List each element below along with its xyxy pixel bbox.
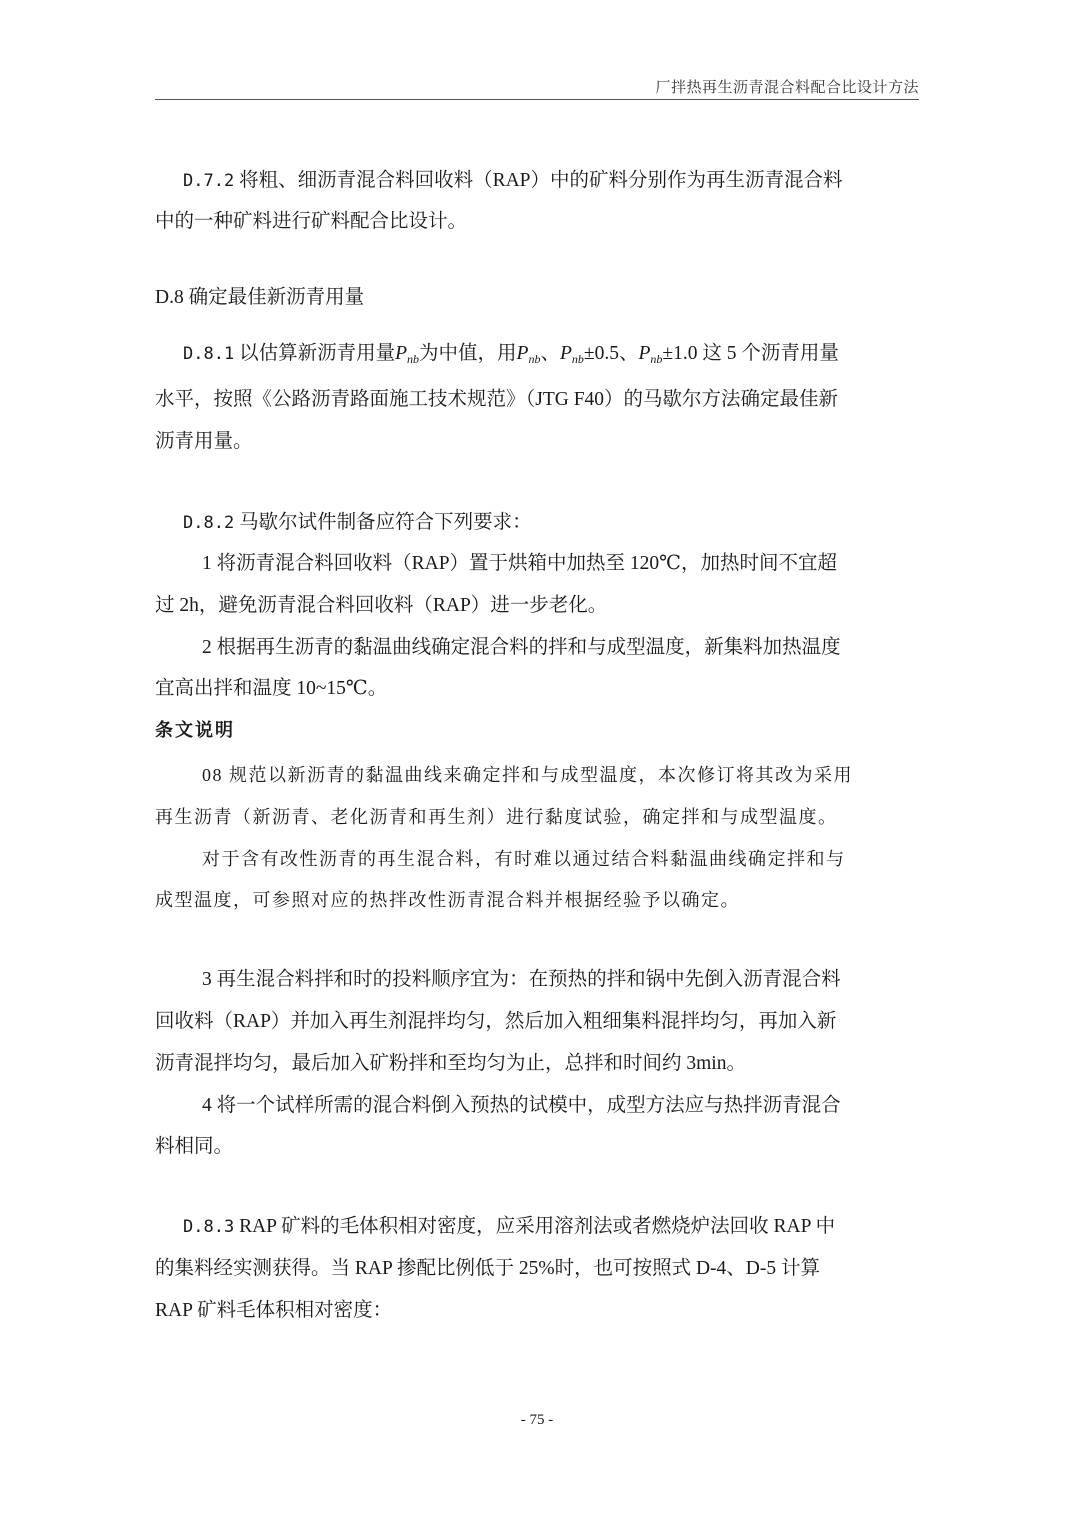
note-p2-line1: 对于含有改性沥青的再生混合料，有时难以通过结合料黏温曲线确定拌和与	[155, 847, 967, 871]
paragraph-text: ±1.0 这 5 个沥青用量	[662, 343, 838, 364]
note-p1-line1: 08 规范以新沥青的黏温曲线来确定拌和与成型温度，本次修订将其改为采用	[155, 763, 967, 787]
paragraph-text: RAP 矿料的毛体积相对密度，应采用溶剂法或者燃烧炉法回收 RAP 中	[239, 1216, 835, 1237]
page-number: - 75 -	[0, 1412, 1074, 1429]
d82-item3-line2: 回收料（RAP）并加入再生剂混拌均匀，然后加入粗细集料混拌均匀，再加入新	[155, 1010, 920, 1034]
d81-line3: 沥青用量。	[155, 430, 920, 454]
paragraph-text: ±0.5、	[584, 343, 639, 364]
clause-number: D.8.1	[183, 344, 234, 364]
section-heading-d8: D.8 确定最佳新沥青用量	[155, 286, 920, 310]
clause-number: D.8.3	[183, 1217, 234, 1237]
paragraph-text: 马歇尔试件制备应符合下列要求：	[239, 512, 532, 533]
variable-p: P	[560, 343, 572, 364]
variable-p: P	[638, 343, 650, 364]
d72-line2: 中的一种矿料进行矿料配合比设计。	[155, 210, 920, 234]
header-divider	[155, 99, 919, 100]
d82-item4-line2: 料相同。	[155, 1135, 920, 1159]
running-header-title: 厂拌热再生沥青混合料配合比设计方法	[655, 76, 919, 97]
paragraph-text: 将粗、细沥青混合料回收料（RAP）中的矿料分别作为再生沥青混合料	[239, 170, 842, 191]
note-heading: 条文说明	[155, 718, 920, 742]
d82-intro: D.8.2 马歇尔试件制备应符合下列要求：	[155, 511, 948, 535]
d83-line2: 的集料经实测获得。当 RAP 掺配比例低于 25%时，也可按照式 D-4、D-5…	[155, 1257, 920, 1281]
d81-line2: 水平，按照《公路沥青路面施工技术规范》（JTG F40）的马歇尔方法确定最佳新	[155, 388, 920, 412]
subscript-nb: nb	[407, 352, 419, 366]
d83-line3: RAP 矿料毛体积相对密度：	[155, 1299, 920, 1323]
d82-item3-line1: 3 再生混合料拌和时的投料顺序宜为：在预热的拌和锅中先倒入沥青混合料	[155, 968, 967, 992]
d82-item2-line1: 2 根据再生沥青的黏温曲线确定混合料的拌和与成型温度，新集料加热温度	[155, 636, 967, 660]
d82-item4-line1: 4 将一个试样所需的混合料倒入预热的试模中，成型方法应与热拌沥青混合	[155, 1094, 967, 1118]
paragraph-text: 、	[540, 343, 560, 364]
d82-item2-line2: 宜高出拌和温度 10~15℃。	[155, 677, 920, 701]
d81-line1: D.8.1 以估算新沥青用量Pnb为中值，用Pnb、Pnb±0.5、Pnb±1.…	[155, 342, 948, 371]
paragraph-text: 为中值，用	[419, 343, 517, 364]
subscript-nb: nb	[528, 352, 540, 366]
d82-item1-line2: 过 2h，避免沥青混合料回收料（RAP）进一步老化。	[155, 594, 920, 618]
subscript-nb: nb	[650, 352, 662, 366]
clause-number: D.7.2	[183, 171, 234, 191]
d82-item1-line1: 1 将沥青混合料回收料（RAP）置于烘箱中加热至 120℃，加热时间不宜超	[155, 552, 967, 576]
variable-p: P	[517, 343, 529, 364]
clause-number: D.8.2	[183, 513, 234, 533]
note-p2-line2: 成型温度，可参照对应的热拌改性沥青混合料并根据经验予以确定。	[155, 888, 920, 912]
variable-p: P	[395, 343, 407, 364]
subscript-nb: nb	[572, 352, 584, 366]
paragraph-text: 以估算新沥青用量	[239, 343, 395, 364]
d72-line1: D.7.2 将粗、细沥青混合料回收料（RAP）中的矿料分别作为再生沥青混合料	[155, 169, 948, 193]
d83-line1: D.8.3 RAP 矿料的毛体积相对密度，应采用溶剂法或者燃烧炉法回收 RAP …	[155, 1215, 948, 1239]
d82-item3-line3: 沥青混拌均匀，最后加入矿粉拌和至均匀为止，总拌和时间约 3min。	[155, 1052, 920, 1076]
note-p1-line2: 再生沥青（新沥青、老化沥青和再生剂）进行黏度试验，确定拌和与成型温度。	[155, 805, 920, 829]
